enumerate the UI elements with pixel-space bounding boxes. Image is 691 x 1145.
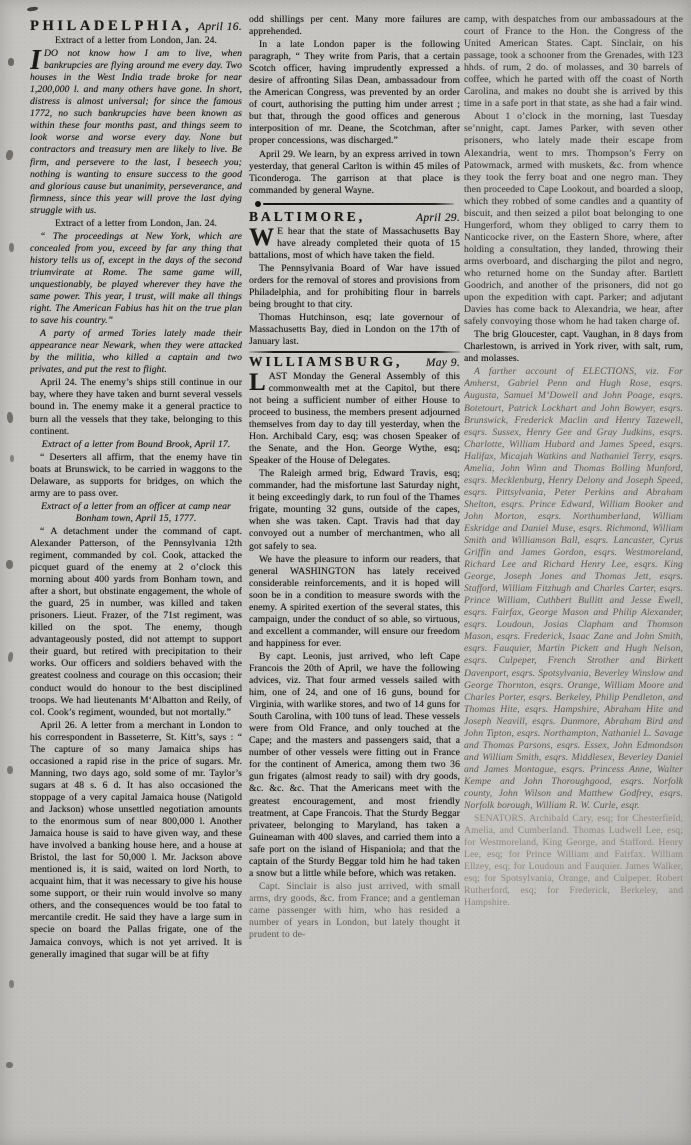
dateline-date: April 29. [416, 212, 460, 224]
general-assembly-paragraph: LAST Monday the General Assembly of this… [249, 371, 460, 467]
failures-continuation: odd shillings per cent. Many more failur… [249, 14, 460, 38]
paris-paragraph: In a late London paper is the following … [249, 39, 460, 147]
dateline-date: May 9. [426, 357, 460, 369]
extract-heading-london-1: Extract of a letter from London, Jan. 24… [30, 35, 242, 47]
column-right: camp, with despatches from our ambassado… [464, 14, 683, 1134]
ink-smudge [7, 652, 14, 663]
general-assembly-text: AST Monday the General Assembly of this … [249, 371, 460, 466]
dateline-date: April 16. [198, 21, 242, 33]
column-left: PHILADELPHIA, April 16. Extract of a let… [30, 18, 242, 1138]
gloucester-brig-paragraph: The brig Gloucester, capt. Vaughan, in 8… [464, 329, 683, 365]
ink-smudge [9, 980, 14, 988]
massachusetts-quota-text: E hear that the state of Massachusetts B… [249, 226, 460, 261]
raleigh-brig-paragraph: The Raleigh armed brig, Edward Travis, e… [249, 468, 460, 552]
column-middle: odd shillings per cent. Many more failur… [249, 14, 460, 1134]
ink-smudge [27, 6, 38, 11]
printers-rule [251, 200, 458, 208]
drop-cap: I [30, 48, 44, 72]
baltimore-heading: BALTIMORE, April 29. [249, 211, 460, 224]
board-of-war-paragraph: The Pennsylvania Board of War have issue… [249, 263, 460, 311]
elections-list: A farther account of ELECTIONS, viz. For… [464, 366, 683, 812]
april-26-paragraph: April 26. A letter from a merchant in Lo… [30, 720, 242, 961]
camp-letter-heading: Extract of a letter from an officer at c… [30, 501, 242, 525]
dateline-city: PHILADELPHIA, [30, 20, 192, 32]
bound-brook-heading: Extract of a letter from Bound Brook, Ap… [30, 439, 242, 451]
ink-smudge [9, 243, 14, 252]
printers-rule [249, 351, 460, 353]
new-york-quote: “ The proceedings at New York, which are… [30, 231, 242, 327]
letter-bankruptcies-text: DO not know how I am to live, when bankr… [30, 48, 242, 216]
letter-bankruptcies: IDO not know how I am to live, when bank… [30, 48, 242, 217]
senators-list: SENATORS. Archibald Cary, esq; for Chest… [464, 813, 683, 909]
leonis-advices-paragraph: By capt. Leonis, just arrived, who left … [249, 651, 460, 880]
dateline-city: BALTIMORE, [249, 211, 365, 223]
drop-cap: W [249, 226, 277, 248]
sinclair-paragraph: Capt. Sinclair is also just arrived, wit… [249, 881, 460, 941]
ink-smudge [6, 560, 13, 569]
ink-smudge [7, 766, 13, 774]
newspaper-page-scan: PHILADELPHIA, April 16. Extract of a let… [0, 0, 691, 1145]
tories-paragraph: A party of armed Tories lately made thei… [30, 328, 242, 376]
massachusetts-quota-paragraph: WE hear that the state of Massachusetts … [249, 226, 460, 262]
rule-line [263, 203, 454, 205]
philadelphia-heading: PHILADELPHIA, April 16. [30, 20, 242, 33]
detachment-paragraph: “ A detachment under the command of capt… [30, 526, 242, 719]
rule-dot [255, 201, 261, 207]
parker-escape-paragraph: About 1 o’clock in the morning, last Tue… [464, 111, 683, 328]
washington-paragraph: We have the pleasure to inform our reade… [249, 554, 460, 650]
deserters-paragraph: “ Deserters all affirm, that the enemy h… [30, 452, 242, 500]
ink-smudge [10, 455, 14, 462]
despatches-continuation: camp, with despatches from our ambassado… [464, 14, 683, 110]
april-24-paragraph: April 24. The enemy’s ships still contin… [30, 377, 242, 437]
drop-cap: L [249, 371, 269, 393]
extract-heading-london-2: Extract of a letter from London, Jan. 24… [30, 218, 242, 230]
ink-smudge [6, 1062, 13, 1068]
hutchinson-paragraph: Thomas Hutchinson, esq; late governour o… [249, 312, 460, 348]
williamsburg-heading: WILLIAMSBURG, May 9. [249, 356, 460, 369]
april-29-paragraph: April 29. We learn, by an express arrive… [249, 149, 460, 197]
ink-smudge [8, 58, 14, 66]
dateline-city: WILLIAMSBURG, [249, 356, 402, 368]
ink-smudge [5, 149, 14, 160]
ink-smudge [6, 412, 13, 424]
